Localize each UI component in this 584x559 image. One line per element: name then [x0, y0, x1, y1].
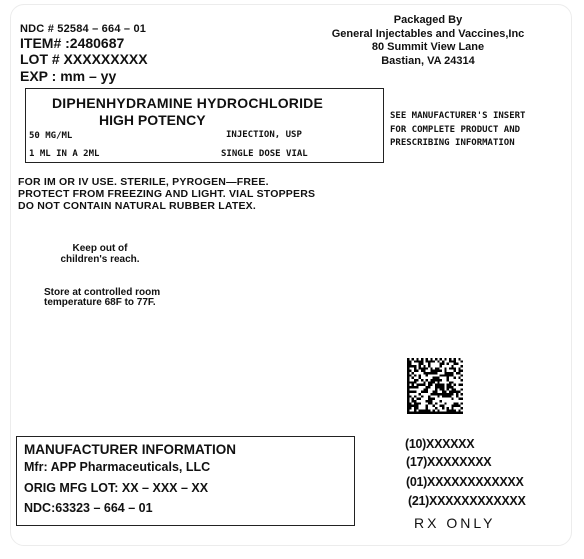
lot-number: LOT # XXXXXXXXX	[20, 51, 148, 67]
rx-only: RX ONLY	[414, 515, 495, 531]
packager-info: Packaged By General Injectables and Vacc…	[318, 14, 538, 68]
gs1-serial: (21)XXXXXXXXXXXX	[408, 494, 525, 508]
manufacturer-orig-lot: ORIG MFG LOT: XX – XXX – XX	[24, 481, 208, 495]
packager-heading: Packaged By	[318, 14, 538, 28]
packager-street: 80 Summit View Lane	[318, 41, 538, 55]
drug-volume: 1 ML IN A 2ML	[29, 149, 99, 159]
ndc-number: NDC # 52584 – 664 – 01	[20, 23, 146, 35]
insert-note-line: SEE MANUFACTURER'S INSERT	[390, 110, 525, 124]
datamatrix-barcode-icon	[407, 358, 463, 414]
manufacturer-ndc: NDC:63323 – 664 – 01	[24, 501, 153, 515]
keep-out-line: Keep out of	[50, 243, 150, 254]
drug-potency: HIGH POTENCY	[99, 112, 206, 128]
insert-note-line: FOR COMPLETE PRODUCT AND	[390, 124, 525, 138]
gs1-gtin: (01)XXXXXXXXXXXX	[406, 475, 523, 489]
packager-company: General Injectables and Vaccines,Inc	[318, 28, 538, 42]
insert-note-line: PRESCRIBING INFORMATION	[390, 137, 525, 151]
usage-warnings: FOR IM OR IV USE. STERILE, PYROGEN—FREE.…	[18, 177, 315, 212]
usage-line: DO NOT CONTAIN NATURAL RUBBER LATEX.	[18, 201, 315, 213]
keep-out-line: children's reach.	[50, 254, 150, 265]
expiration-date: EXP : mm – yy	[20, 68, 116, 84]
storage-instructions: Store at controlled room temperature 68F…	[44, 288, 160, 308]
gs1-batch-lot: (10)XXXXXX	[405, 437, 474, 451]
insert-note: SEE MANUFACTURER'S INSERT FOR COMPLETE P…	[390, 110, 525, 151]
drug-container: SINGLE DOSE VIAL	[221, 149, 308, 159]
item-number: ITEM# :2480687	[20, 35, 124, 51]
gs1-expiry: (17)XXXXXXXX	[406, 455, 491, 469]
drug-name: DIPHENHYDRAMINE HYDROCHLORIDE	[52, 95, 323, 111]
manufacturer-info-box: MANUFACTURER INFORMATION Mfr: APP Pharma…	[16, 436, 355, 526]
drug-form: INJECTION, USP	[226, 130, 302, 140]
usage-line: PROTECT FROM FREEZING AND LIGHT. VIAL ST…	[18, 189, 315, 201]
manufacturer-title: MANUFACTURER INFORMATION	[24, 442, 236, 457]
storage-line: temperature 68F to 77F.	[44, 298, 160, 308]
drug-info-box: DIPHENHYDRAMINE HYDROCHLORIDE HIGH POTEN…	[25, 88, 384, 163]
packager-city: Bastian, VA 24314	[318, 55, 538, 69]
manufacturer-name: Mfr: APP Pharmaceuticals, LLC	[24, 460, 210, 474]
drug-strength: 50 MG/ML	[29, 131, 72, 141]
keep-out-of-reach: Keep out of children's reach.	[50, 243, 150, 265]
